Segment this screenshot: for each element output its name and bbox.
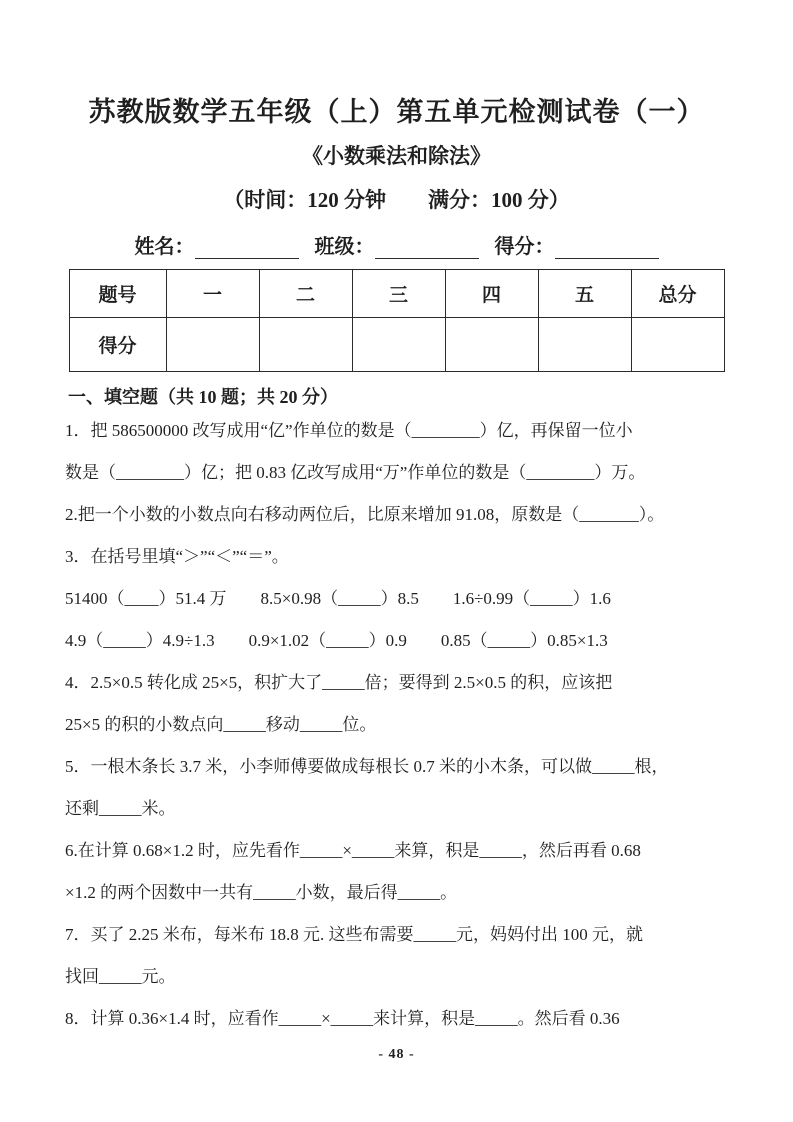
question-line-5b: 还剩_____米。 xyxy=(65,788,735,830)
score-empty-cell xyxy=(259,318,352,372)
question-line-7a: 7．买了 2.25 米布，每米布 18.8 元. 这些布需要_____元，妈妈付… xyxy=(65,914,735,956)
question-line-3a: 51400（____）51.4 万 8.5×0.98（_____）8.5 1.6… xyxy=(65,578,735,620)
score-label: 得分： xyxy=(495,230,555,259)
score-empty-cell xyxy=(538,318,631,372)
page-title: 苏教版数学五年级（上）第五单元检测试卷（一） xyxy=(0,96,793,129)
score-table-header-cell: 五 xyxy=(538,270,631,318)
question-line-4a: 4．2.5×0.5 转化成 25×5，积扩大了_____倍；要得到 2.5×0.… xyxy=(65,662,735,704)
question-line-6a: 6.在计算 0.68×1.2 时，应先看作_____×_____来算，积是___… xyxy=(65,830,735,872)
test-paper-page: 苏教版数学五年级（上）第五单元检测试卷（一） 《小数乘法和除法》 （时间：120… xyxy=(0,0,793,1122)
question-line-1a: 1．把 586500000 改写成用“亿”作单位的数是（________）亿，再… xyxy=(65,410,735,452)
score-empty-cell xyxy=(352,318,445,372)
score-table-header-cell: 二 xyxy=(259,270,352,318)
question-line-4b: 25×5 的积的小数点向_____移动_____位。 xyxy=(65,704,735,746)
score-table-header-cell: 四 xyxy=(445,270,538,318)
question-line-5a: 5．一根木条长 3.7 米，小李师傅要做成每根长 0.7 米的小木条，可以做__… xyxy=(65,746,735,788)
score-empty-cell xyxy=(631,318,724,372)
score-blank-line xyxy=(555,234,659,259)
question-line-6b: ×1.2 的两个因数中一共有_____小数，最后得_____。 xyxy=(65,872,735,914)
score-row-label: 得分 xyxy=(69,318,166,372)
class-label: 班级： xyxy=(315,230,375,259)
questions-block: 1．把 586500000 改写成用“亿”作单位的数是（________）亿，再… xyxy=(65,410,735,1040)
page-subtitle: 《小数乘法和除法》 xyxy=(0,144,793,169)
score-table: 题号 一 二 三 四 五 总分 得分 xyxy=(69,269,725,372)
question-line-2: 2.把一个小数的小数点向右移动两位后，比原来增加 91.08，原数是（_____… xyxy=(65,494,735,536)
class-blank-line xyxy=(375,234,479,259)
section1-heading: 一、填空题（共 10 题；共 20 分） xyxy=(68,385,733,409)
score-table-header-row: 题号 一 二 三 四 五 总分 xyxy=(69,270,724,318)
score-empty-cell xyxy=(445,318,538,372)
page-number: - 48 - xyxy=(0,1047,793,1063)
question-line-3: 3．在括号里填“＞”“＜”“＝”。 xyxy=(65,536,735,578)
exam-info-line: （时间：120 分钟 满分：100 分） xyxy=(0,187,793,214)
name-blank-line xyxy=(195,234,299,259)
score-empty-cell xyxy=(166,318,259,372)
question-line-3b: 4.9（_____）4.9÷1.3 0.9×1.02（_____）0.9 0.8… xyxy=(65,620,735,662)
score-table-score-row: 得分 xyxy=(69,318,724,372)
question-line-7b: 找回_____元。 xyxy=(65,956,735,998)
score-table-header-cell: 总分 xyxy=(631,270,724,318)
score-table-header-cell: 题号 xyxy=(69,270,166,318)
student-info-row: 姓名：班级：得分： xyxy=(0,230,793,259)
score-table-header-cell: 三 xyxy=(352,270,445,318)
question-line-8: 8．计算 0.36×1.4 时，应看作_____×_____来计算，积是____… xyxy=(65,998,735,1040)
score-table-header-cell: 一 xyxy=(166,270,259,318)
name-label: 姓名： xyxy=(135,230,195,259)
question-line-1b: 数是（________）亿；把 0.83 亿改写成用“万”作单位的数是（____… xyxy=(65,452,735,494)
